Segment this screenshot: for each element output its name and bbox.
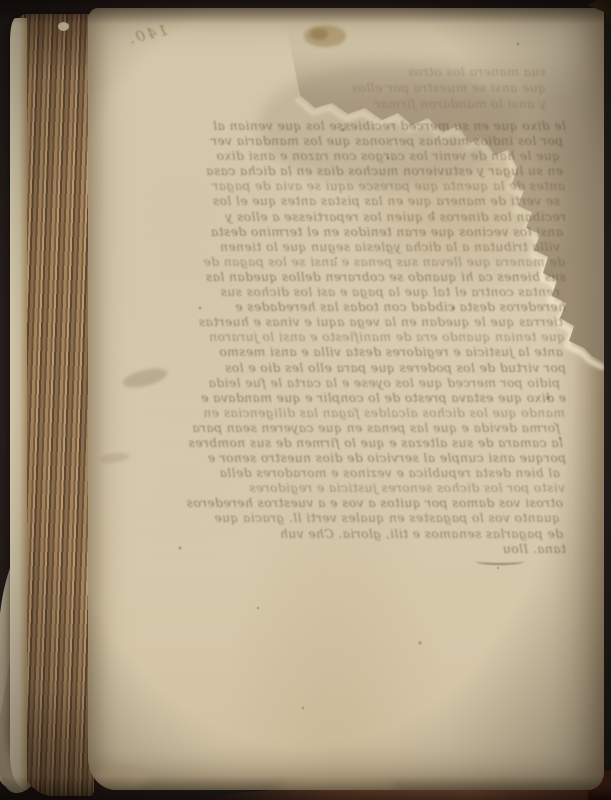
outer-page-edge-strip (10, 18, 27, 790)
showthrough-line: villa tributan a la dicha yglesia segun … (194, 240, 560, 255)
showthrough-line: que le han de venir los cargos con razon… (194, 149, 560, 164)
bottom-edge-stain (96, 765, 148, 790)
margin-smudge (121, 365, 170, 392)
showthrough-line: tierras que le quedan en la vega aqui e … (194, 315, 563, 330)
showthrough-line: porque ansi cunple al servicio de dios n… (194, 451, 566, 466)
showthrough-flourish-rule (476, 558, 524, 565)
margin-smudge-small (98, 451, 129, 465)
showthrough-line: visto por los dichos senores justicia e … (194, 481, 565, 496)
showthrough-line: antes de la quenta que paresce aqui se a… (194, 179, 565, 194)
showthrough-line: y ansi lo mandaron firmar (194, 96, 546, 112)
showthrough-line: en su lugar y estuvieron muchos dias en … (194, 164, 563, 179)
bottom-center-stain (278, 777, 398, 790)
showthrough-line: reciban los dineros e quien los repartie… (194, 210, 566, 225)
showthrough-line: mando que los dichos alcaldes fagan las … (194, 406, 565, 421)
manuscript-page: 140. sua manera los otros que ansi se mu… (88, 8, 604, 790)
showthrough-line: forma devida e que las penas en que caye… (194, 421, 560, 436)
showthrough-main-block: le dixo que en su merced recibiesse los … (194, 119, 566, 565)
showthrough-line: por virtud de los poderes que para ello … (194, 361, 566, 376)
showthrough-line: ante la justicia e regidores desta villa… (194, 345, 563, 360)
showthrough-line: otrosi vos damos por quitos a vos e a vu… (194, 496, 563, 511)
showthrough-line: tana. Ilou (194, 542, 566, 557)
showthrough-line: se verti de manera que en las pistas ant… (194, 194, 560, 209)
showthrough-line: la camara de sus altezas e que lo firmen… (194, 436, 563, 451)
stack-corner-highlight (58, 22, 69, 31)
showthrough-line: por los indios muchas personas que los m… (194, 134, 563, 149)
showthrough-line: que ansi se muestra por ellos (194, 80, 546, 96)
showthrough-line: sus bienes ca hi quando se cobraren dell… (194, 270, 566, 285)
top-margin-stain-core (310, 28, 328, 40)
showthrough-line: que tenian quando era de manifiesto e an… (194, 330, 565, 345)
manuscript-photo: 140. sua manera los otros que ansi se mu… (0, 0, 611, 800)
showthrough-line: al bien desta republica e vezinos e mora… (194, 466, 560, 481)
showthrough-line: de pagarlas senamos e tili, gloria. Che … (194, 527, 563, 542)
showthrough-line: pidio por merced que los oyese e la cart… (194, 376, 560, 391)
showthrough-line: sua manera los otros (194, 64, 546, 80)
ink-showthrough-text-block: sua manera los otros que ansi se muestra… (194, 64, 566, 565)
showthrough-line: rentas contra el tal que la paga e asi l… (194, 285, 560, 300)
showthrough-line: herederos desta cibdad con todas las her… (194, 300, 566, 315)
showthrough-line: quanto vos lo pagastes en quales verti l… (194, 511, 560, 526)
showthrough-line: ansi los vecinos que eran tenidos en el … (194, 225, 563, 240)
fore-edge-page-stack (12, 14, 94, 796)
showthrough-line: de manera que llevan sus penas e ansi se… (194, 255, 565, 270)
showthrough-line: e dixo que estava presto de lo conplir e… (194, 391, 566, 406)
showthrough-line: le dixo que en su merced recibiesse los … (194, 119, 566, 134)
